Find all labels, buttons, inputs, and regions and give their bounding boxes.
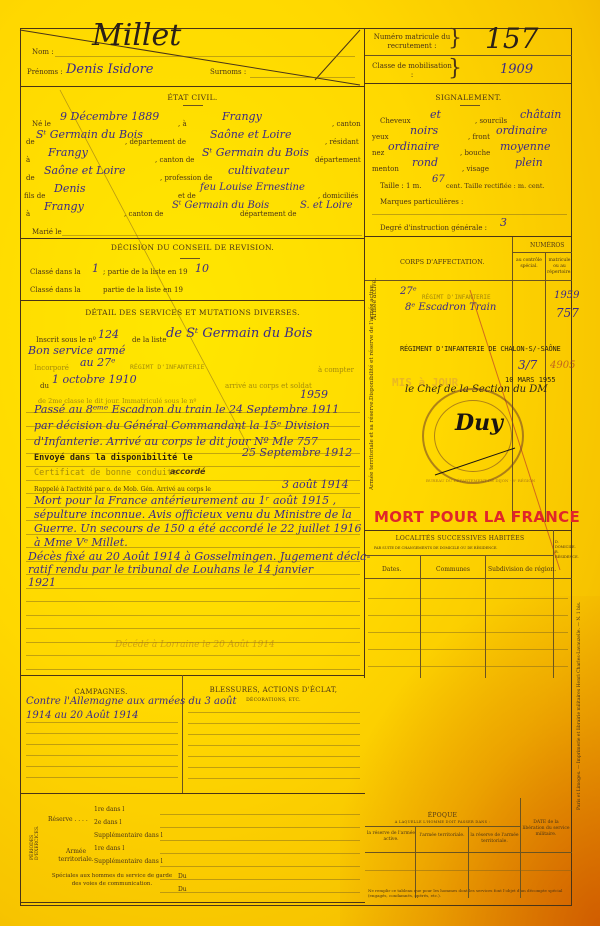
localites-col-subdivision: Subdivision de région. [488,566,556,573]
ruled-line [368,598,568,599]
military-register-page: Nom : Millet Prénoms : Denis Isidore Sur… [0,0,600,926]
speciales-label: Spéciales aux hommes du service de garde… [48,872,176,888]
reserve-row-label: 1re dans l [94,806,124,813]
line3-prefix: à [26,156,30,164]
signature-stroke [430,440,520,480]
line4-prof: cultivateur [228,164,289,177]
ruled-line [26,412,360,413]
front-value: ordinaire [496,124,547,137]
classe-value: 1909 [500,62,533,77]
ruled-line [26,744,178,745]
ruled-line [26,493,360,494]
epoque-col1: la réserve de l'armée active. [366,831,416,843]
line2-dept: Saône et Loire [210,128,291,141]
incorpore-label: Incorporé [34,364,69,372]
detail-title: DÉTAIL DES SERVICES ET MUTATIONS DIVERSE… [20,308,365,317]
line5-father: Denis [54,182,86,195]
classe-label: Classe de mobilisation : [372,62,452,80]
ruled-line [188,712,360,713]
ruled-line [368,632,568,633]
ruled-line [188,745,360,746]
decision-line1-value: 1 [92,262,99,275]
ne-le-label: Né le [32,120,51,128]
disponibilite-label: Disponibilité et réserve de l'armée acti… [369,300,375,400]
corps-entry1-num: 1959 [554,290,579,301]
line3-canton-label: , canton de [155,156,194,164]
signature: Duy [455,410,503,436]
envoye-stamp: Envoyé dans la disponibilité le [34,453,193,463]
ruled-line [188,734,360,735]
arrive-label: arrivé au corps et soldat [225,382,312,390]
a-value: Frangy [222,110,262,123]
ruled-line [26,777,178,778]
bouche-value: moyenne [500,140,550,153]
line6-canton-label: , canton de [124,210,163,218]
nez-value: ordinaire [388,140,439,153]
ruled-line [160,853,360,854]
ruled-line [26,480,360,481]
inscrit-liste: de Sᵗ Germain du Bois [166,326,312,341]
decision-line1-year: 10 [195,262,209,275]
faded-note: Décédé à Lorraine le 20 Août 1914 [115,640,275,650]
blessures-subtitle: DÉCORATIONS, ETC. [182,698,365,703]
nom-value: Millet [92,18,181,53]
ruled-line [26,466,360,467]
ruled-line [26,628,360,629]
territoriale-row-label: 1re dans l [94,845,124,852]
degre-label: Degré d'instruction générale : [380,224,487,232]
visage-value: plein [515,156,543,169]
taille-label: Taille : 1 m. [380,182,422,190]
decision-line2-mid: partie de la liste en 19 [103,286,183,294]
nom-label: Nom : [32,48,54,56]
incorpore-value: au 27ᵉ [80,356,115,369]
ruled-line [26,766,178,767]
yeux-value: noirs [410,124,438,137]
marie-label: Marié le [32,228,62,236]
a-label: , à [178,120,187,128]
ruled-line [26,733,178,734]
ruled-line [26,722,178,723]
ruled-line [26,426,360,427]
ruled-line [368,666,568,667]
ruled-line [160,866,360,867]
cheveux-value: et [430,108,441,121]
ruled-line [26,534,360,535]
line6-dept-label: département de [240,210,297,218]
epoque-col3: la réserve de l'armée territoriale. [469,833,520,845]
reserve-row-label: 2e dans l [94,819,121,826]
sourcils-value: châtain [520,108,561,121]
compter-label: à compter [318,366,354,374]
campagnes-title: CAMPAGNES. [20,688,182,696]
yeux-label: yeux [372,133,389,141]
rappele-label: Rappelé à l'activité par o. de Mob. Gén.… [34,486,211,493]
localites-col-communes: Communes [436,566,470,573]
matricule-value: 157 [485,22,538,55]
localites-title: LOCALITÉS SUCCESSIVES HABITÉES [365,535,555,542]
epoque-subtitle: A LAQUELLE L'HOMME DOIT PASSER DANS : [365,820,520,824]
cheveux-label: Cheveux [380,117,411,125]
brace: } [448,58,462,80]
ruled-line [26,655,360,656]
du-label: du [40,382,49,390]
reserve-row-label: Supplémentaire dans l [94,832,163,839]
territoriale-label: Armée territoriale. [58,848,94,864]
corps-entry2-num: 757 [556,306,579,320]
bouche-label: , bouche [460,149,490,157]
localites-subtitle: PAR SUITE DE CHANGEMENTS DE DOMICILE OU … [374,546,498,550]
ruled-line [160,827,360,828]
line5-prefix: fils de [24,192,45,200]
numeros-col2: matricule ou au répertoire. [547,258,572,276]
decision-title: DÉCISION DU CONSEIL DE REVISION. [20,243,365,252]
ruled-line [26,561,360,562]
territoriale-label: Armée territoriale et sa réserve. [369,400,375,490]
localites-col-dr: D. DOMICILE. R. RÉSIDENCE. [555,540,571,560]
ruled-line [26,755,178,756]
ruled-line [26,601,360,602]
corps-entry1-hw: 27ᵉ [400,286,417,297]
inscrit-value: 124 [98,328,119,341]
line5-mother: feu Louise Ernestine [200,182,305,193]
epoque-note: Ne remplir ce tableau que pour les homme… [368,888,568,898]
line4-prefix: de [26,174,35,182]
line6-prefix: à [26,210,30,218]
menton-label: menton [372,165,399,173]
decision-line1-mid: ; partie de la liste en 19 [103,268,188,276]
ruled-line [160,814,360,815]
printer-imprint: Paris et Limoges. — Imprimerie et librai… [577,602,582,810]
matricule-label: Numéro matricule du recrutement : [372,33,452,51]
ruled-line [188,756,360,757]
classe-line-value: 1959 [300,388,328,401]
ruled-line [26,520,360,521]
ruled-line [188,778,360,779]
ruled-line [368,615,568,616]
taille-suffix: cent. Taille rectifiée : m. cent. [446,182,545,190]
ruled-line [26,547,360,548]
front-label: , front [468,133,490,141]
line3-value: Frangy [48,146,88,159]
ruled-line [26,507,360,508]
degre-value: 3 [500,216,507,229]
corps-entry3-ctrl: 3/7 [518,358,537,372]
corps-entry1-stamp: RÉGIMT D'INFANTERIE [422,294,491,301]
territoriale-row-label: Supplémentaire dans l [94,858,163,865]
line2-dept-label: , département de [125,138,186,146]
certificat-stamp: Certificat de bonne conduite [34,468,177,478]
ruled-line [26,669,360,670]
line5-dom-label: , domiciliés [318,192,358,200]
epoque-title: ÉPOQUE [365,812,520,819]
ruled-line [26,615,360,616]
canton-label: , canton [332,120,361,128]
ruled-line [160,892,360,893]
line2-prefix: de [26,138,35,146]
campagnes-line: 1914 au 20 Août 1914 [26,710,138,721]
du-value: 1 octobre 1910 [52,373,137,386]
epoque-date-title: DATE de la libération du service militai… [522,820,570,838]
column-divider [364,28,365,678]
line3-dept-label: département [315,156,361,164]
line6-dept: S. et Loire [300,200,353,211]
corps-title: CORPS D'AFFECTATION. [400,258,484,266]
line3-canton: Sᵗ Germain du Bois [202,146,309,159]
ruled-line [160,840,360,841]
visage-label: , visage [462,165,489,173]
corps-entry2-hw: 8ᵉ Escadron Train [405,302,496,313]
marques-label: Marques particulières : [380,198,463,206]
certificat-value: accordé [170,467,205,476]
line5-mother-label: et de [178,192,196,200]
line4-dept: Saône et Loire [44,164,125,177]
mort-pour-la-france-stamp: MORT POUR LA FRANCE [374,508,580,526]
inscrit-label: Inscrit sous le nº [36,336,96,344]
ne-le-value: 9 Décembre 1889 [60,110,159,123]
menton-value: rond [412,156,438,169]
nez-label: nez [372,149,384,157]
reserve-label: Réserve . . . . [48,816,88,823]
ruled-line [368,649,568,650]
ruled-line [188,723,360,724]
ruled-line [188,767,360,768]
taille-value: 67 [432,174,445,185]
ruled-line [26,588,360,589]
inscrit-mid: de la liste [132,336,167,344]
numeros-title: NUMÉROS [530,242,564,249]
etat-civil-title: ÉTAT CIVIL. [20,93,365,102]
epoque-col2: l'armée territoriale. [416,833,468,839]
corps-entry3-num: 4905 [550,360,575,371]
detail-entry: Mort pour la France antérieurement au 1ʳ… [34,494,336,507]
decision-line2-label: Classé dans la [30,286,81,294]
prenoms-value: Denis Isidore [66,62,153,77]
incorpore-stamp: RÉGIMT D'INFANTERIE [130,363,204,371]
ruled-line [160,879,360,880]
ruled-line [26,574,360,575]
ruled-line [26,439,360,440]
corps-entry4-date: 10 MARS 1955 [505,376,556,384]
signalement-title: SIGNALEMENT. [365,93,572,102]
line6-value: Frangy [44,200,84,213]
line2-res-label: , résidant [325,138,359,146]
brace: } [448,28,462,50]
surnoms-label: Surnoms : [210,68,246,76]
periodes-side-label: PÉRIODES D'EXERCICES. [30,800,40,860]
blessures-title: BLESSURES, ACTIONS D'ÉCLAT, [182,686,365,694]
ruled-line [26,453,360,454]
corps-entry3-stamp: RÉGIMENT D'INFANTERIE DE CHALON-S/-SAÔNE [400,345,561,353]
localites-col-dates: Dates. [382,566,401,573]
numeros-col1: au contrôle spécial. [514,258,544,270]
line4-prof-label: , profession de [160,174,212,182]
prenoms-label: Prénoms : [27,68,63,76]
decision-line1-label: Classé dans la [30,268,81,276]
detail-entry: Passé au 8ᵉᵐᵉ Escadron du train le 24 Se… [34,403,339,416]
